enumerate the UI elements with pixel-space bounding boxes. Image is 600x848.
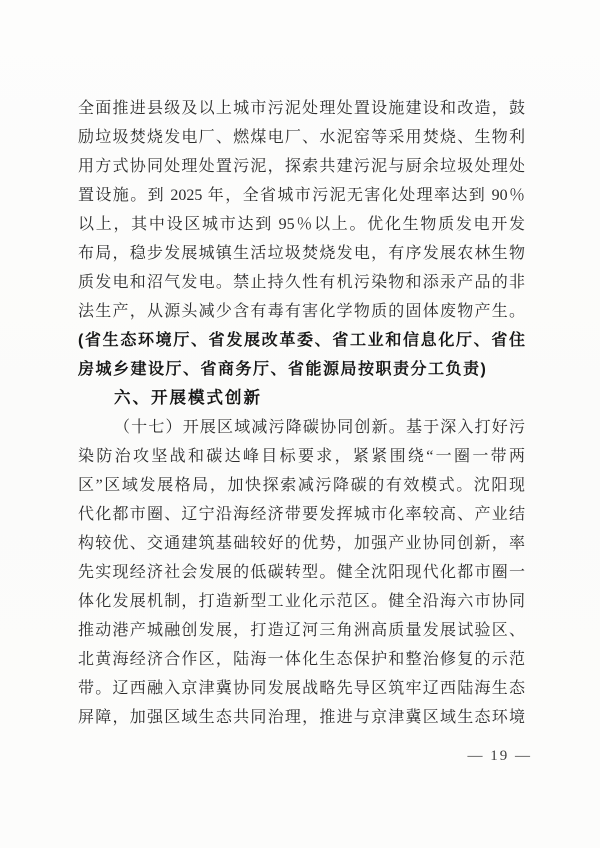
paragraph-line: 染防治攻坚战和碳达峰目标要求，紧紧围绕“一圈一带两	[78, 442, 525, 471]
paragraph-line: 区”区域发展格局，加快探索减污降碳的有效模式。沈阳现	[78, 471, 525, 500]
paragraph-line: 全面推进县级及以上城市污泥处理处置设施建设和改造，鼓	[78, 94, 525, 123]
paragraph-line: 构较优、交通建筑基础较好的优势，加强产业协同创新，率	[78, 529, 525, 558]
paragraph-line: 屏障，加强区域生态共同治理，推进与京津冀区域生态环境	[78, 703, 525, 732]
document-page: 全面推进县级及以上城市污泥处理处置设施建设和改造，鼓 励垃圾焚烧发电厂、燃煤电厂…	[0, 0, 600, 848]
paragraph-line: 代化都市圈、辽宁沿海经济带要发挥城市化率较高、产业结	[78, 500, 525, 529]
responsibility-attribution-line: (省生态环境厅、省发展改革委、省工业和信息化厅、省住	[78, 326, 525, 355]
paragraph-line: 先实现经济社会发展的低碳转型。健全沈阳现代化都市圈一	[78, 558, 525, 587]
section-heading: 六、开展模式创新	[78, 384, 525, 413]
paragraph-line: 法生产，从源头减少含有毒有害化学物质的固体废物产生。	[78, 297, 525, 326]
item-heading-line: （十七）开展区域减污降碳协同创新。基于深入打好污	[78, 413, 525, 442]
paragraph-line: 布局，稳步发展城镇生活垃圾焚烧发电，有序发展农林生物	[78, 239, 525, 268]
paragraph-line: 置设施。到 2025 年，全省城市污泥无害化处理率达到 90％	[78, 181, 525, 210]
paragraph-line: 质发电和沼气发电。禁止持久性有机污染物和添汞产品的非	[78, 268, 525, 297]
paragraph-line: 带。辽西融入京津冀协同发展战略先导区筑牢辽西陆海生态	[78, 674, 525, 703]
paragraph-line: 北黄海经济合作区，陆海一体化生态保护和整治修复的示范	[78, 645, 525, 674]
document-body: 全面推进县级及以上城市污泥处理处置设施建设和改造，鼓 励垃圾焚烧发电厂、燃煤电厂…	[78, 94, 525, 732]
paragraph-line: 以上，其中设区城市达到 95％以上。优化生物质发电开发	[78, 210, 525, 239]
page-number: — 19 —	[468, 748, 533, 765]
paragraph-line: 用方式协同处理处置污泥，探索共建污泥与厨余垃圾处理处	[78, 152, 525, 181]
paragraph-line: 励垃圾焚烧发电厂、燃煤电厂、水泥窑等采用焚烧、生物利	[78, 123, 525, 152]
responsibility-attribution-line: 房城乡建设厅、省商务厅、省能源局按职责分工负责)	[78, 355, 525, 384]
paragraph-line: 推动港产城融创发展，打造辽河三角洲高质量发展试验区、	[78, 616, 525, 645]
paragraph-line: 体化发展机制，打造新型工业化示范区。健全沿海六市协同	[78, 587, 525, 616]
